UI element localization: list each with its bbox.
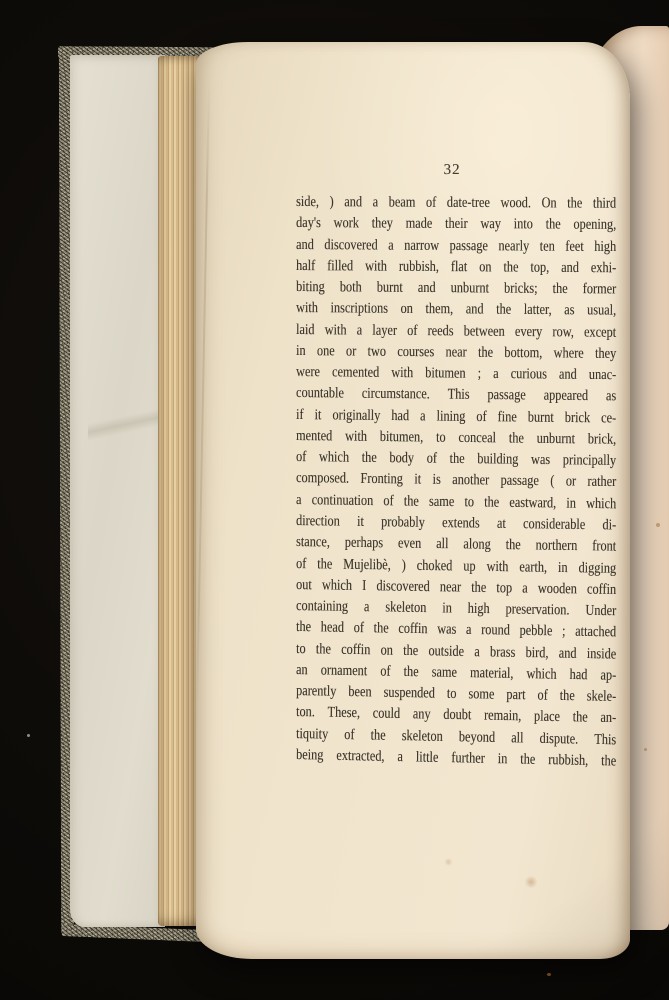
page-number: 32 [289,161,615,180]
text-line: bitingbothburntandunburntbricks;theforme… [296,277,616,301]
text-line: countablecircumstance.Thispassageappeare… [296,383,616,408]
dust-speck [547,973,551,976]
book-photograph: 32 side,)andabeamofdate-treewood.Ontheth… [0,0,669,1000]
text-line: halffilledwithrubbish,flatonthetop,andex… [296,256,616,280]
page-crease [196,82,210,732]
dust-speck [27,734,30,737]
text-line: anddiscoveredanarrowpassagenearlytenfeet… [296,235,616,258]
page-text: side,)andabeamofdate-treewood.Onthethird… [296,192,616,766]
foxing-spot [644,748,647,751]
text-line: day'sworktheymadetheirwayintotheopening, [296,213,616,236]
endpaper [70,55,165,927]
foxing-spot [444,858,453,866]
foxing-spot [656,523,660,527]
text-line: inoneortwocoursesnearthebottom,wherethey [296,341,616,365]
book-page: 32 side,)andabeamofdate-treewood.Ontheth… [196,42,630,959]
text-line: withinscriptionsonthem,andthelatter,asus… [296,298,616,322]
text-line: side,)andabeamofdate-treewood.Onthethird [296,192,616,215]
text-line: laidwithalayerofreedsbetweeneveryrow,exc… [296,320,616,344]
foxing-spot [524,876,538,888]
